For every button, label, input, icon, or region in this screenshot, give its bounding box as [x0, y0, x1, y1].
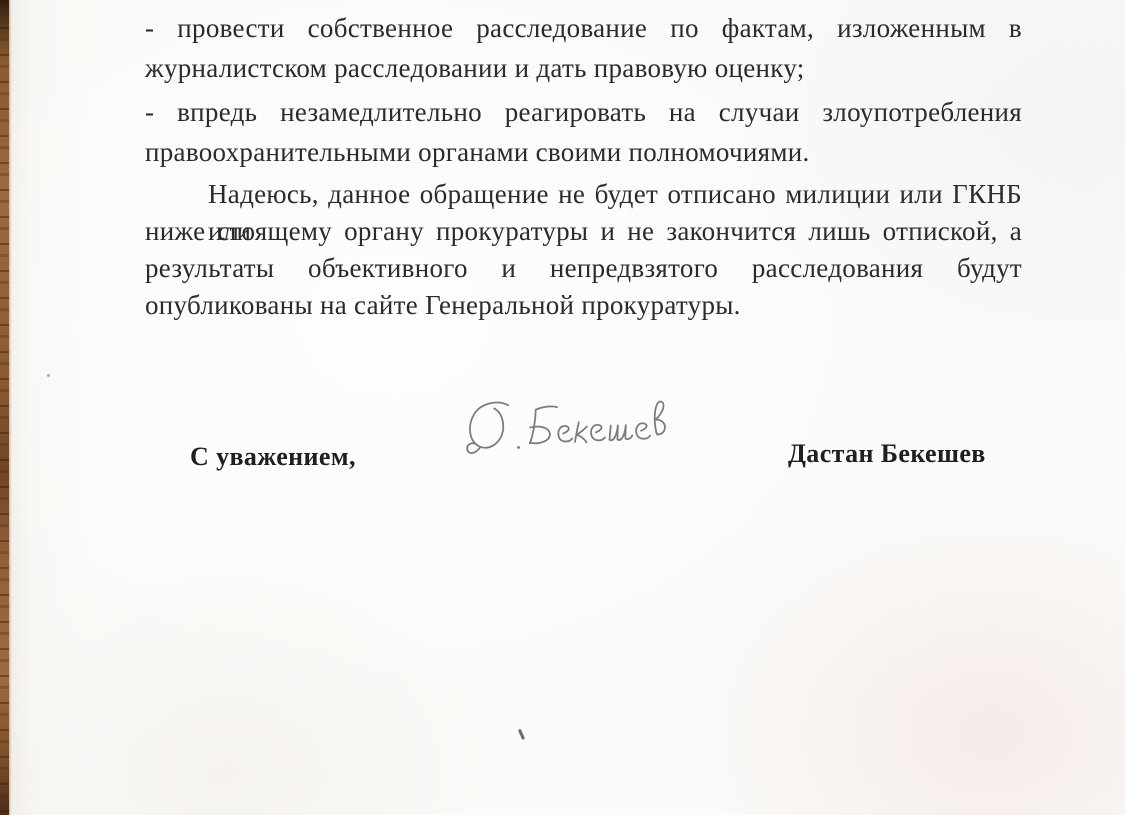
- text-line: правоохранительными органами своими полн…: [145, 132, 1022, 172]
- text-line: Надеюсь, данное обращение не будет отпис…: [145, 176, 1022, 213]
- wood-table-edge: [0, 0, 9, 815]
- text-line: журналистском расследовании и дать право…: [145, 48, 1022, 88]
- closing-salutation: С уважением,: [190, 442, 356, 472]
- text-line: - впредь незамедлительно реагировать на …: [145, 92, 1022, 132]
- text-line: результаты объективного и непредвзятого …: [145, 250, 1022, 287]
- text-line: ниже стоящему органу прокуратуры и не за…: [145, 213, 1022, 250]
- scanned-letter-page: - провести собственное расследование по …: [0, 0, 1125, 815]
- text-line: - провести собственное расследование по …: [145, 8, 1022, 48]
- signatory-name: Дастан Бекешев: [788, 439, 986, 469]
- demand-item-2: - впредь незамедлительно реагировать на …: [145, 92, 1022, 172]
- hope-paragraph: Надеюсь, данное обращение не будет отпис…: [145, 176, 1022, 324]
- pen-mark: [518, 729, 525, 740]
- text-line: опубликованы на сайте Генеральной прокур…: [145, 287, 1022, 324]
- paper-speck: [47, 374, 50, 377]
- demand-item-1: - провести собственное расследование по …: [145, 8, 1022, 88]
- handwritten-signature: [462, 392, 672, 463]
